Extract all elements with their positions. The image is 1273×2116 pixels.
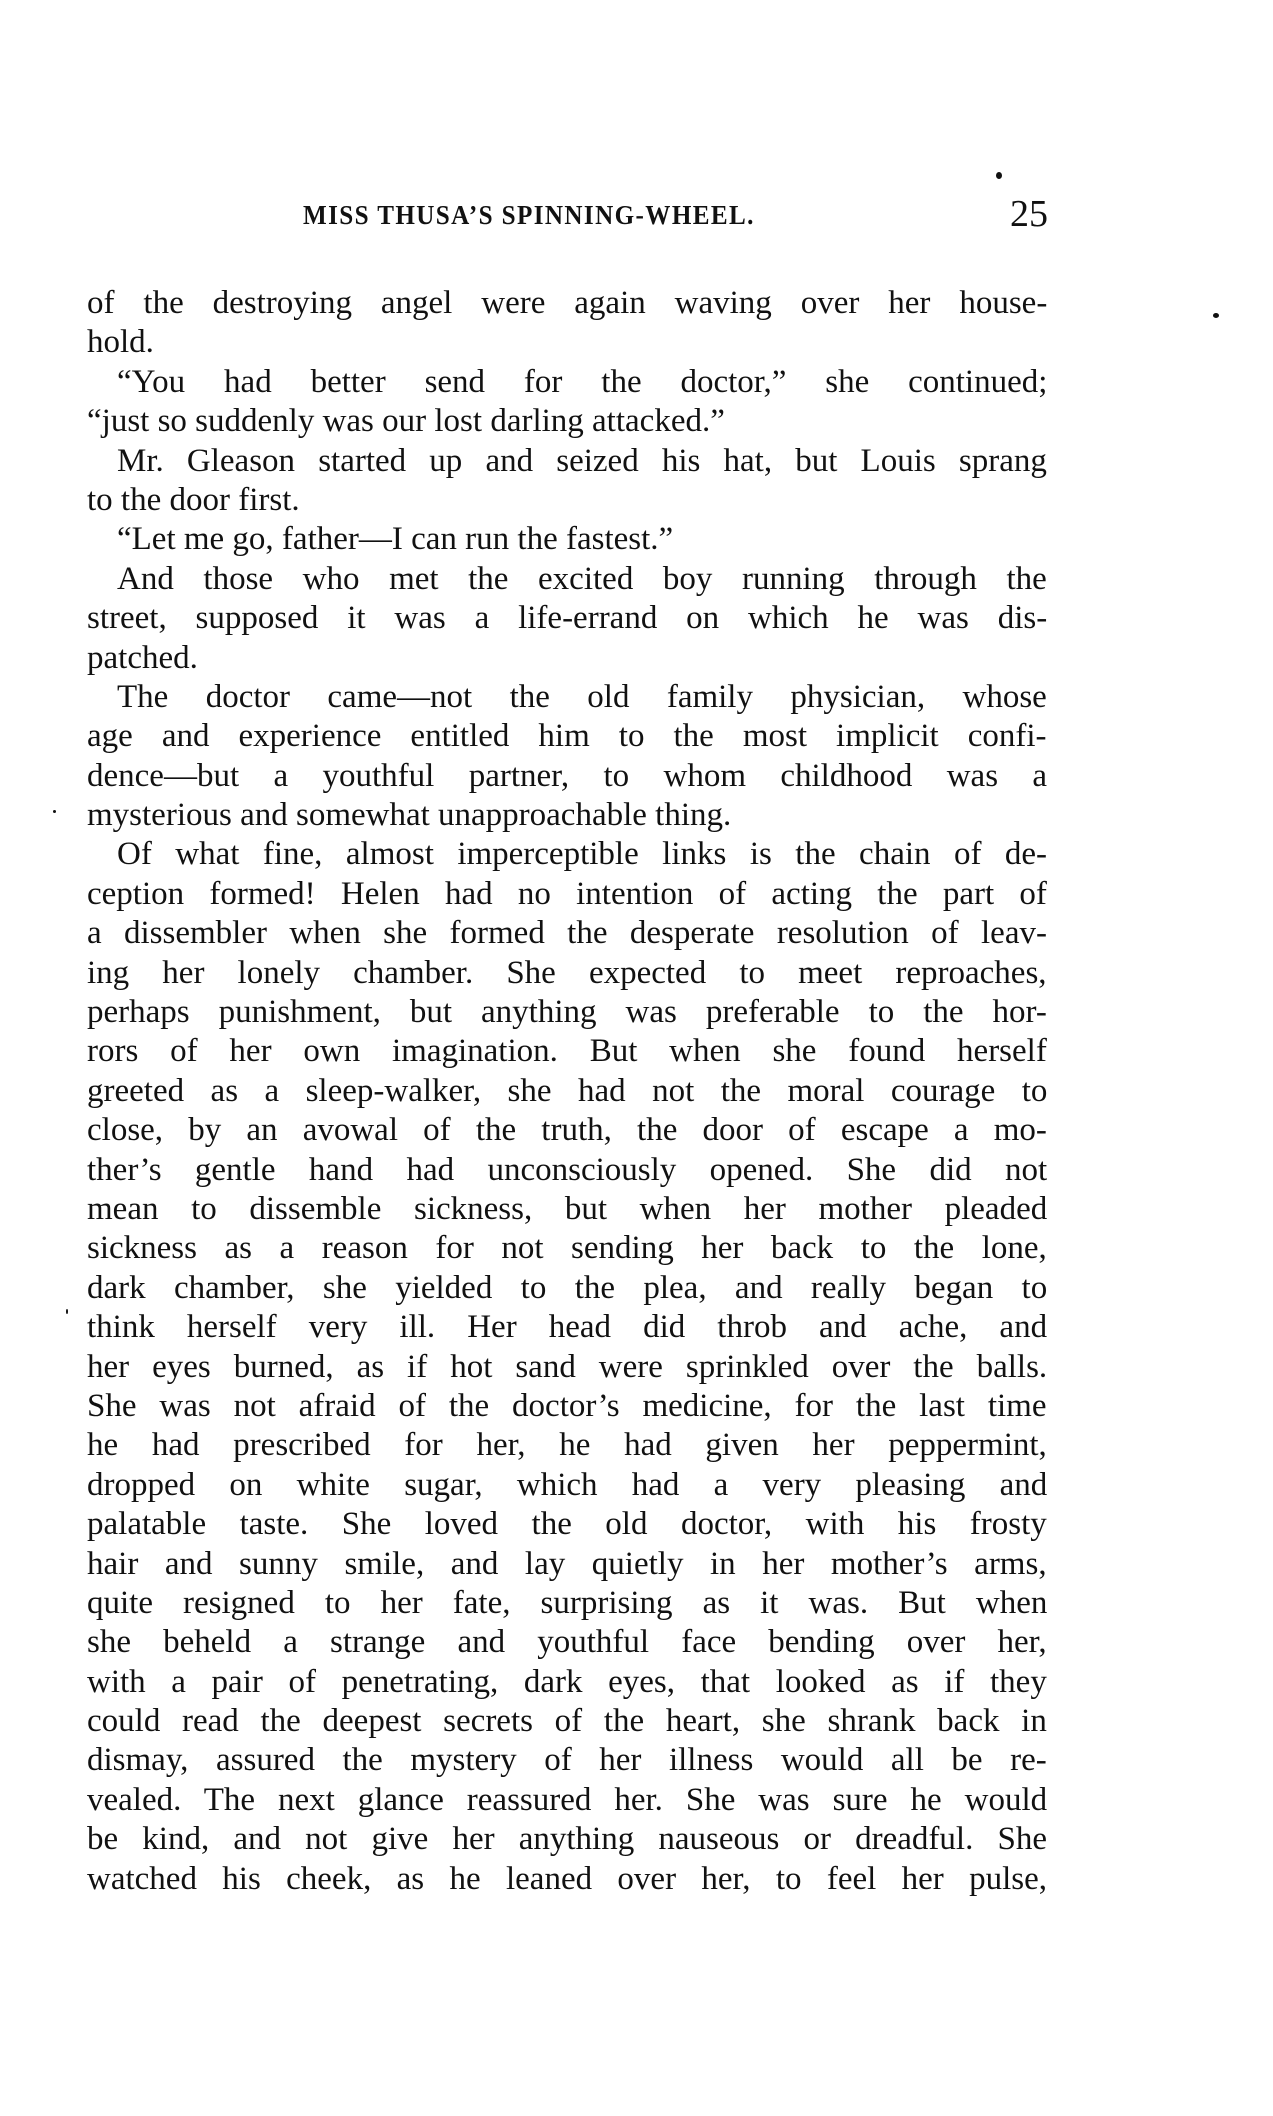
text-line: ing her lonely chamber. She expected to … <box>87 954 1047 993</box>
text-line: mysterious and somewhat unapproachable t… <box>87 796 1047 835</box>
text-line: dence—but a youthful partner, to whom ch… <box>87 757 1047 796</box>
body-text: of the destroying angel were again wavin… <box>87 284 1047 1899</box>
text-line: “You had better send for the doctor,” sh… <box>87 363 1047 402</box>
text-line-content: rors of her own imagination. But when sh… <box>87 1032 1047 1071</box>
text-line: dropped on white sugar, which had a very… <box>87 1466 1047 1505</box>
text-line-content: of the destroying angel were again wavin… <box>87 284 1047 323</box>
text-line: be kind, and not give her anything nause… <box>87 1820 1047 1859</box>
page-number: 25 <box>1010 192 1048 236</box>
text-line-content: age and experience entitled him to the m… <box>87 717 1047 756</box>
text-line-content: he had prescribed for her, he had given … <box>87 1426 1047 1465</box>
text-line-content: “just so suddenly was our lost darling a… <box>87 402 725 441</box>
text-line-content: “You had better send for the doctor,” sh… <box>117 363 1047 402</box>
text-line-content: think herself very ill. Her head did thr… <box>87 1308 1047 1347</box>
text-line: dismay, assured the mystery of her illne… <box>87 1741 1047 1780</box>
text-line: dark chamber, she yielded to the plea, a… <box>87 1269 1047 1308</box>
book-page: MISS THUSA’S SPINNING-WHEEL. 25 of the d… <box>0 0 1273 2116</box>
text-line: Mr. Gleason started up and seized his ha… <box>87 442 1047 481</box>
text-line-content: she beheld a strange and youthful face b… <box>87 1623 1047 1662</box>
text-line: to the door first. <box>87 481 1047 520</box>
text-line: her eyes burned, as if hot sand were spr… <box>87 1348 1047 1387</box>
text-line-content: with a pair of penetrating, dark eyes, t… <box>87 1663 1047 1702</box>
text-line-content: ther’s gentle hand had unconsciously ope… <box>87 1151 1047 1190</box>
text-line: perhaps punishment, but anything was pre… <box>87 993 1047 1032</box>
text-line: ception formed! Helen had no intention o… <box>87 875 1047 914</box>
text-line-content: “Let me go, father—I can run the fastest… <box>117 520 673 559</box>
text-line-content: dropped on white sugar, which had a very… <box>87 1466 1047 1505</box>
text-line-content: dence—but a youthful partner, to whom ch… <box>87 757 1047 796</box>
text-line-content: mean to dissemble sickness, but when her… <box>87 1190 1047 1229</box>
text-line: hair and sunny smile, and lay quietly in… <box>87 1545 1047 1584</box>
text-line-content: greeted as a sleep-walker, she had not t… <box>87 1072 1047 1111</box>
speck-right-margin-icon <box>1213 313 1219 318</box>
text-line: rors of her own imagination. But when sh… <box>87 1032 1047 1071</box>
text-line-content: sickness as a reason for not sending her… <box>87 1229 1047 1268</box>
text-line: mean to dissemble sickness, but when her… <box>87 1190 1047 1229</box>
speck-left-margin-icon <box>53 810 56 813</box>
text-line: a dissembler when she formed the despera… <box>87 914 1047 953</box>
text-line-content: hold. <box>87 323 154 362</box>
text-line-content: her eyes burned, as if hot sand were spr… <box>87 1348 1047 1387</box>
text-line: The doctor came—not the old family physi… <box>87 678 1047 717</box>
text-line-content: could read the deepest secrets of the he… <box>87 1702 1047 1741</box>
text-line-content: dark chamber, she yielded to the plea, a… <box>87 1269 1047 1308</box>
text-line-content: Of what fine, almost imperceptible links… <box>117 835 1047 874</box>
text-line: patched. <box>87 639 1047 678</box>
text-line: “just so suddenly was our lost darling a… <box>87 402 1047 441</box>
text-line: ther’s gentle hand had unconsciously ope… <box>87 1151 1047 1190</box>
text-line-content: dismay, assured the mystery of her illne… <box>87 1741 1047 1780</box>
text-line-content: perhaps punishment, but anything was pre… <box>87 993 1047 1032</box>
running-head: MISS THUSA’S SPINNING-WHEEL. 25 <box>303 200 1048 240</box>
text-line-content: watched his cheek, as he leaned over her… <box>87 1860 1047 1899</box>
text-line-content: vealed. The next glance reassured her. S… <box>87 1781 1047 1820</box>
text-line: age and experience entitled him to the m… <box>87 717 1047 756</box>
text-line-content: The doctor came—not the old family physi… <box>117 678 1047 717</box>
text-line-content: mysterious and somewhat unapproachable t… <box>87 796 731 835</box>
text-line: of the destroying angel were again wavin… <box>87 284 1047 323</box>
text-line-content: Mr. Gleason started up and seized his ha… <box>117 442 1047 481</box>
text-line-content: palatable taste. She loved the old docto… <box>87 1505 1047 1544</box>
text-line: she beheld a strange and youthful face b… <box>87 1623 1047 1662</box>
text-line: “Let me go, father—I can run the fastest… <box>87 520 1047 559</box>
text-line-content: quite resigned to her fate, surprising a… <box>87 1584 1047 1623</box>
tick-left-margin-icon <box>66 1309 68 1314</box>
text-line: think herself very ill. Her head did thr… <box>87 1308 1047 1347</box>
text-line-content: patched. <box>87 639 198 678</box>
text-line: And those who met the excited boy runnin… <box>87 560 1047 599</box>
text-line-content: close, by an avowal of the truth, the do… <box>87 1111 1047 1150</box>
text-line-content: hair and sunny smile, and lay quietly in… <box>87 1545 1047 1584</box>
text-line-content: to the door first. <box>87 481 300 520</box>
text-line-content: ception formed! Helen had no intention o… <box>87 875 1047 914</box>
text-line-content: And those who met the excited boy runnin… <box>117 560 1047 599</box>
text-line: She was not afraid of the doctor’s medic… <box>87 1387 1047 1426</box>
text-line: he had prescribed for her, he had given … <box>87 1426 1047 1465</box>
text-line: hold. <box>87 323 1047 362</box>
text-line: street, supposed it was a life-errand on… <box>87 599 1047 638</box>
text-line: Of what fine, almost imperceptible links… <box>87 835 1047 874</box>
text-line: sickness as a reason for not sending her… <box>87 1229 1047 1268</box>
text-line: greeted as a sleep-walker, she had not t… <box>87 1072 1047 1111</box>
text-line: could read the deepest secrets of the he… <box>87 1702 1047 1741</box>
text-line: close, by an avowal of the truth, the do… <box>87 1111 1047 1150</box>
text-line: vealed. The next glance reassured her. S… <box>87 1781 1047 1820</box>
text-line: with a pair of penetrating, dark eyes, t… <box>87 1663 1047 1702</box>
text-line-content: She was not afraid of the doctor’s medic… <box>87 1387 1047 1426</box>
text-line: palatable taste. She loved the old docto… <box>87 1505 1047 1544</box>
text-line: watched his cheek, as he leaned over her… <box>87 1860 1047 1899</box>
text-line-content: ing her lonely chamber. She expected to … <box>87 954 1047 993</box>
text-line-content: be kind, and not give her anything nause… <box>87 1820 1047 1859</box>
text-line-content: a dissembler when she formed the despera… <box>87 914 1047 953</box>
running-title: MISS THUSA’S SPINNING-WHEEL. <box>303 200 755 231</box>
speck-top-right-icon <box>996 172 1002 179</box>
text-line-content: street, supposed it was a life-errand on… <box>87 599 1047 638</box>
text-line: quite resigned to her fate, surprising a… <box>87 1584 1047 1623</box>
